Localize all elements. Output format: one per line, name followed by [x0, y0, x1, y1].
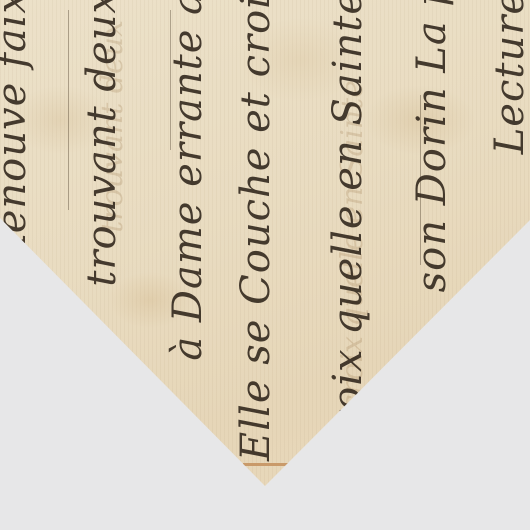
- handwriting-line: Lecture: [490, 0, 530, 154]
- ruled-line: [243, 463, 288, 466]
- handwriting-line: Elle se Couche et croi: [236, 0, 276, 461]
- handwriting-line: son Dorin La p: [412, 0, 452, 292]
- handwriting-line: à Dame errante a: [168, 0, 208, 361]
- handwriting-line: croix quelle en Sainte: [328, 0, 368, 454]
- handwriting-line: Renouve faix: [0, 0, 32, 264]
- handwritten-paper-corner: trouvant deux croix quelle en Sainte Ren…: [0, 0, 530, 530]
- handwriting-line: trouvant deux: [82, 0, 122, 287]
- margin-rule: [68, 10, 69, 210]
